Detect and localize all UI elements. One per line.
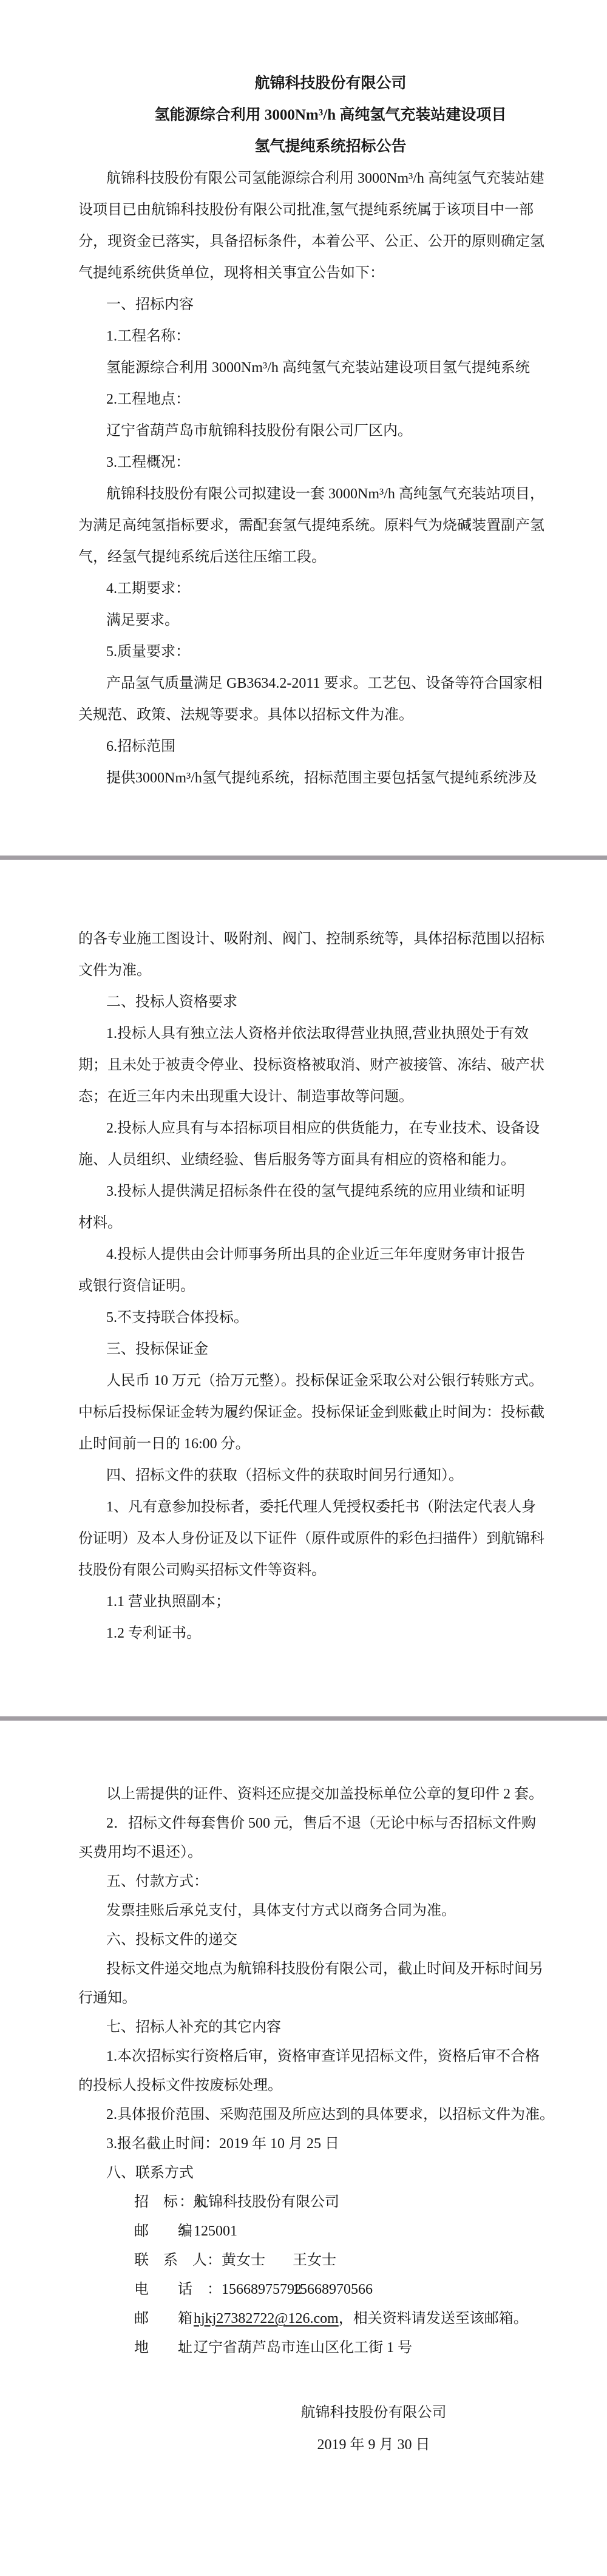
doc-line: 技股份有限公司购买招标文件等资料。 bbox=[78, 1554, 583, 1586]
doc-line: 4.工期要求： bbox=[78, 573, 583, 605]
doc-line: 文件为准。 bbox=[78, 955, 583, 986]
contact-row-address: 地 址：辽宁省葫芦岛市连山区化工街 1 号 bbox=[78, 2333, 583, 2362]
doc-line: 的各专业施工图设计、吸附剂、阀门、控制系统等，具体招标范围以招标 bbox=[78, 923, 583, 955]
contact-email-note: ，相关资料请发送至该邮箱。 bbox=[339, 2311, 528, 2327]
doc-line: 1.1 营业执照副本； bbox=[78, 1586, 583, 1618]
section-heading-5: 五、付款方式： bbox=[78, 1867, 583, 1896]
doc-line: 1.2 专利证书。 bbox=[78, 1618, 583, 1649]
contact-row-bidder: 招 标 人：航锦科技股份有限公司 bbox=[78, 2188, 583, 2217]
signature-company: 航锦科技股份有限公司 bbox=[121, 2397, 607, 2429]
doc-line: 材料。 bbox=[78, 1207, 583, 1239]
doc-line: 航锦科技股份有限公司氢能源综合利用 3000Nm³/h 高纯氢气充装站建 bbox=[78, 163, 583, 194]
doc-title-project: 氢能源综合利用 3000Nm³/h 高纯氢气充装站建设项目 bbox=[78, 100, 583, 131]
document: 航锦科技股份有限公司 氢能源综合利用 3000Nm³/h 高纯氢气充装站建设项目… bbox=[0, 0, 607, 2461]
doc-line: 1.本次招标实行资格后审，资格审查详见招标文件，资格后审不合格 bbox=[78, 2042, 583, 2071]
contact-row-email: 邮 箱：hjkj27382722@126.com，相关资料请发送至该邮箱。 bbox=[78, 2304, 583, 2333]
doc-line: 的投标人投标文件按废标处理。 bbox=[78, 2071, 583, 2100]
contact-label: 招 标 人 bbox=[106, 2188, 179, 2217]
doc-line: 为满足高纯氢指标要求，需配套氢气提纯系统。原料气为烧碱装置副产氢 bbox=[78, 510, 583, 541]
doc-line: 中标后投标保证金转为履约保证金。投标保证金到账截止时间为：投标截 bbox=[78, 1397, 583, 1428]
doc-line: 5.不支持联合体投标。 bbox=[78, 1302, 583, 1334]
doc-line: 4.投标人提供由会计师事务所出具的企业近三年年度财务审计报告 bbox=[78, 1239, 583, 1270]
contact-phone-2: 15668970566 bbox=[293, 2282, 373, 2297]
page-divider bbox=[0, 1716, 607, 1721]
page-3: 以上需提供的证件、资料还应提交加盖投标单位公章的复印件 2 套。 2．招标文件每… bbox=[0, 1721, 607, 2461]
doc-line: 提供3000Nm³/h氢气提纯系统，招标范围主要包括氢气提纯系统涉及 bbox=[78, 762, 583, 794]
section-heading-8: 八、联系方式 bbox=[78, 2158, 583, 2188]
doc-title-announcement: 氢气提纯系统招标公告 bbox=[78, 131, 583, 163]
email-link[interactable]: hjkj27382722@126.com bbox=[194, 2311, 339, 2327]
signature-date: 2019 年 9 月 30 日 bbox=[121, 2429, 607, 2461]
doc-line: 5.质量要求： bbox=[78, 636, 583, 668]
doc-line: 气，经氢气提纯系统后送往压缩工段。 bbox=[78, 541, 583, 573]
doc-line: 投标文件递交地点为航锦科技股份有限公司，截止时间及开标时间另 bbox=[78, 1954, 583, 1984]
doc-line: 辽宁省葫芦岛市航锦科技股份有限公司厂区内。 bbox=[78, 415, 583, 447]
doc-line: 3.投标人提供满足招标条件在役的氢气提纯系统的应用业绩和证明 bbox=[78, 1176, 583, 1207]
contact-row-zip: 邮 编：125001 bbox=[78, 2217, 583, 2246]
doc-line: 1.工程名称： bbox=[78, 320, 583, 352]
doc-line: 期；且未处于被责令停业、投标资格被取消、财产被接管、冻结、破产状 bbox=[78, 1049, 583, 1081]
doc-line: 氢能源综合利用 3000Nm³/h 高纯氢气充装站建设项目氢气提纯系统 bbox=[78, 352, 583, 384]
doc-line: 或银行资信证明。 bbox=[78, 1270, 583, 1302]
contact-person-1: ：黄女士 bbox=[179, 2246, 293, 2275]
contact-person-2: 王女士 bbox=[293, 2252, 336, 2268]
section-heading-6: 六、投标文件的递交 bbox=[78, 1925, 583, 1954]
doc-line: 设项目已由航锦科技股份有限公司批准,氢气提纯系统属于该项目中一部 bbox=[78, 194, 583, 226]
doc-line: 6.招标范围 bbox=[78, 731, 583, 762]
doc-line: 气提纯系统供货单位，现将相关事宜公告如下： bbox=[78, 257, 583, 289]
section-heading-7: 七、招标人补充的其它内容 bbox=[78, 2013, 583, 2042]
doc-line: 1、凡有意参加投标者，委托代理人凭授权委托书（附法定代表人身 bbox=[78, 1491, 583, 1523]
section-heading-2: 二、投标人资格要求 bbox=[78, 986, 583, 1018]
doc-line: 行通知。 bbox=[78, 1984, 583, 2013]
doc-line: 航锦科技股份有限公司拟建设一套 3000Nm³/h 高纯氢气充装站项目， bbox=[78, 478, 583, 510]
doc-line: 买费用均不退还）。 bbox=[78, 1838, 583, 1867]
page-1: 航锦科技股份有限公司 氢能源综合利用 3000Nm³/h 高纯氢气充装站建设项目… bbox=[0, 0, 607, 794]
doc-line: 关规范、政策、法规等要求。具体以招标文件为准。 bbox=[78, 699, 583, 731]
contact-row-phones: 电 话：1566897579215668970566 bbox=[78, 2275, 583, 2304]
section-heading-4: 四、招标文件的获取（招标文件的获取时间另行通知）。 bbox=[78, 1460, 583, 1491]
contact-label: 电 话 bbox=[106, 2275, 179, 2304]
doc-line: 2.具体报价范围、采购范围及所应达到的具体要求，以招标文件为准。 bbox=[78, 2100, 583, 2129]
doc-line: 态；在近三年内未出现重大设计、制造事故等问题。 bbox=[78, 1081, 583, 1113]
doc-line: 2.投标人应具有与本招标项目相应的供货能力，在专业技术、设备设 bbox=[78, 1113, 583, 1144]
contact-row-persons: 联 系 人：黄女士王女士 bbox=[78, 2246, 583, 2275]
contact-label: 邮 箱 bbox=[106, 2304, 179, 2333]
contact-label: 地 址 bbox=[106, 2333, 179, 2362]
doc-line: 产品氢气质量满足 GB3634.2-2011 要求。工艺包、设备等符合国家相 bbox=[78, 668, 583, 699]
page-divider bbox=[0, 855, 607, 860]
contact-value: ：辽宁省葫芦岛市连山区化工街 1 号 bbox=[179, 2340, 412, 2356]
section-heading-1: 一、招标内容 bbox=[78, 289, 583, 320]
doc-line: 份证明）及本人身份证及以下证件（原件或原件的彩色扫描件）到航锦科 bbox=[78, 1523, 583, 1554]
doc-line: 止时间前一日的 16:00 分。 bbox=[78, 1428, 583, 1460]
doc-line: 施、人员组织、业绩经验、售后服务等方面具有相应的资格和能力。 bbox=[78, 1144, 583, 1176]
doc-line: 3.工程概况： bbox=[78, 447, 583, 478]
doc-line: 1.投标人具有独立法人资格并依法取得营业执照,营业执照处于有效 bbox=[78, 1018, 583, 1049]
doc-title-company: 航锦科技股份有限公司 bbox=[78, 68, 583, 100]
doc-line: 发票挂账后承兑支付，具体支付方式以商务合同为准。 bbox=[78, 1896, 583, 1925]
section-heading-3: 三、投标保证金 bbox=[78, 1334, 583, 1365]
contact-phone-1: ：15668975792 bbox=[179, 2275, 293, 2304]
doc-line: 人民币 10 万元（拾万元整）。投标保证金采取公对公银行转账方式。 bbox=[78, 1365, 583, 1397]
contact-colon: ： bbox=[179, 2311, 194, 2327]
doc-line: 分，现资金已落实，具备招标条件，本着公平、公正、公开的原则确定氢 bbox=[78, 226, 583, 257]
contact-value: ：125001 bbox=[179, 2223, 237, 2239]
page-2: 的各专业施工图设计、吸附剂、阀门、控制系统等，具体招标范围以招标 文件为准。 二… bbox=[0, 860, 607, 1649]
doc-line: 以上需提供的证件、资料还应提交加盖投标单位公章的复印件 2 套。 bbox=[78, 1780, 583, 1809]
doc-line: 2．招标文件每套售价 500 元，售后不退（无论中标与否招标文件购 bbox=[78, 1809, 583, 1838]
contact-value: ：航锦科技股份有限公司 bbox=[179, 2194, 339, 2210]
contact-label: 联 系 人 bbox=[106, 2246, 179, 2275]
contact-label: 邮 编 bbox=[106, 2217, 179, 2246]
registration-deadline: 3.报名截止时间：2019 年 10 月 25 日 bbox=[78, 2129, 583, 2158]
doc-line: 2.工程地点： bbox=[78, 384, 583, 415]
doc-line: 满足要求。 bbox=[78, 605, 583, 636]
